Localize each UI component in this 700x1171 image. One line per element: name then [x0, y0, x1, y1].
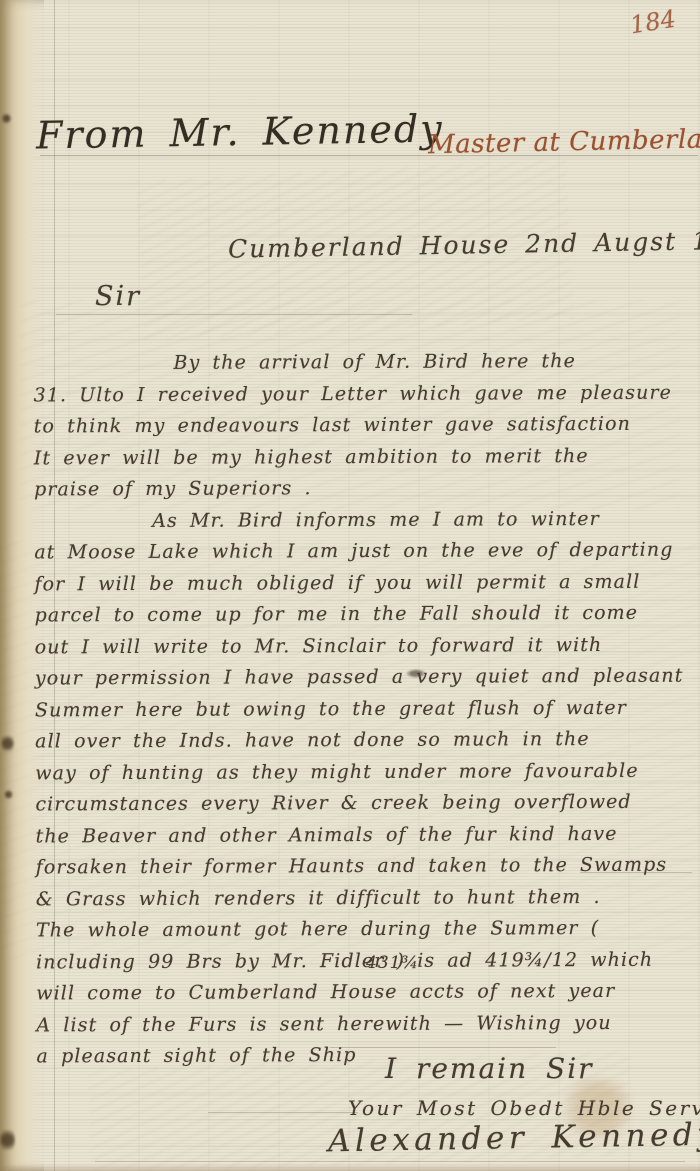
- letter-line: to think my endeavours last winter gave …: [34, 409, 686, 443]
- letter-heading-annotation: Master at Cumberland: [428, 124, 700, 160]
- signature-underline: [95, 1161, 685, 1162]
- closing-valediction: Your Most Obedt Hble Servt: [348, 1096, 700, 1120]
- letter-line: way of hunting as they might under more …: [35, 755, 687, 789]
- letter-line: 31. Ulto I received your Letter which ga…: [34, 377, 686, 411]
- letter-line: It ever will be my highest ambition to m…: [34, 440, 686, 474]
- letter-line: at Moose Lake which I am just on the eve…: [34, 535, 686, 569]
- dateline: Cumberland House 2nd Augst 1806: [228, 225, 700, 263]
- letter-line: A list of the Furs is sent herewith — Wi…: [36, 1007, 688, 1041]
- interlinear-account-figure: 431¾: [366, 953, 419, 973]
- manuscript-letter-page: { "page_number": "184", "heading": { "fr…: [0, 0, 700, 1171]
- salutation-underline: [56, 314, 412, 315]
- letter-line: & Grass which renders it difficult to hu…: [36, 881, 688, 915]
- letter-line: all over the Inds. have not done so much…: [35, 724, 687, 758]
- letter-heading-from: From Mr. Kennedy: [36, 106, 444, 157]
- closing-remain: I remain Sir: [385, 1052, 594, 1085]
- letter-line: parcel to come up for me in the Fall sho…: [35, 598, 687, 632]
- letter-line: for I will be much obliged if you will p…: [34, 566, 686, 600]
- letter-line: Summer here but owing to the great flush…: [35, 692, 687, 726]
- edge-speck: [1, 733, 14, 754]
- signature: Alexander Kennedy: [328, 1117, 700, 1160]
- letter-line: will come to Cumberland House accts of n…: [36, 976, 688, 1010]
- edge-speck: [2, 112, 11, 125]
- letter-line: By the arrival of Mr. Bird here the: [33, 346, 685, 380]
- letter-line: forsaken their former Haunts and taken t…: [36, 850, 688, 884]
- letter-line: circumstances every River & creek being …: [35, 787, 687, 821]
- edge-speck: [0, 1126, 15, 1154]
- letter-line: the Beaver and other Animals of the fur …: [35, 818, 687, 852]
- letter-body: By the arrival of Mr. Bird here the 31. …: [33, 346, 688, 1073]
- letter-line: including 99 Brs by Mr. Fidler ) is ad 4…: [36, 944, 688, 978]
- letter-line: your permission I have passed a very qui…: [35, 661, 687, 695]
- valediction-rule: [208, 1112, 358, 1113]
- edge-speck: [4, 789, 13, 800]
- letter-line: praise of my Superiors .: [34, 472, 686, 506]
- folio-page-number: 184: [628, 5, 678, 40]
- letter-line: The whole amount got here during the Sum…: [36, 913, 688, 947]
- page-bottom-edge: [0, 1164, 700, 1171]
- salutation: Sir: [95, 281, 141, 312]
- letter-line: out I will write to Mr. Sinclair to forw…: [35, 629, 687, 663]
- letter-line: As Mr. Bird informs me I am to winter: [34, 503, 686, 537]
